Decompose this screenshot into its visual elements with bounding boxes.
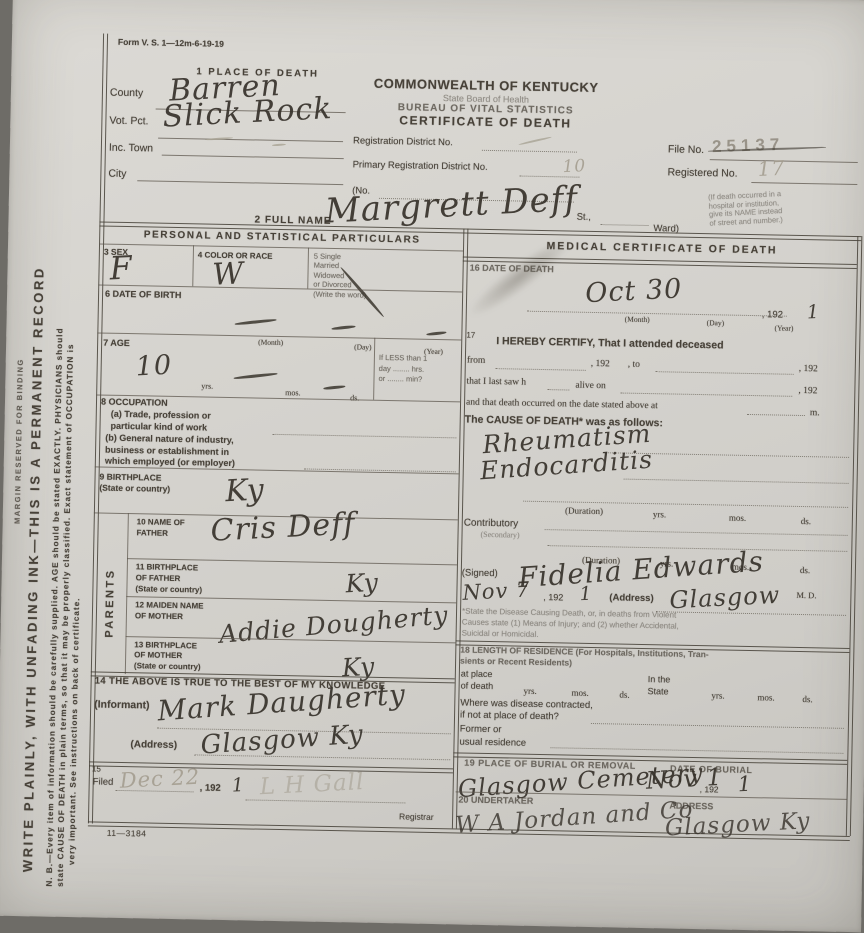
from-line — [496, 367, 586, 371]
dob-dash-day — [331, 325, 355, 330]
occupation-b-label: (b) General nature of industry, business… — [105, 433, 236, 471]
registrar-label: Registrar — [399, 812, 434, 822]
duration1-ds: ds. — [801, 516, 811, 527]
filed-date-value: Dec 22 — [119, 767, 200, 792]
m-label: m. — [810, 408, 820, 419]
father-name-label: 10 NAME OF FATHER — [136, 517, 184, 540]
informant-label: (Informant) — [94, 698, 150, 711]
registered-no-label: Registered No. — [667, 166, 737, 179]
registered-no-value: 17 — [757, 158, 785, 179]
city-line — [137, 180, 343, 185]
if-not-label: if not at place of death? — [460, 710, 559, 723]
former-residence-line — [550, 746, 843, 754]
death-occurred-line — [747, 413, 805, 416]
street-line — [601, 223, 649, 226]
dob-dash-month — [235, 318, 277, 325]
alive-on-label: alive on — [575, 381, 606, 393]
last-saw-label: that I last saw h — [466, 377, 526, 389]
date-of-death-line — [527, 310, 787, 317]
margin-write-plainly-note: WRITE PLAINLY, WITH UNFADING INK—THIS IS… — [20, 266, 47, 872]
residence-label: 18 LENGTH OF RESIDENCE (For Hospitals, I… — [460, 644, 709, 671]
parents-strip-divider — [125, 513, 129, 674]
marital-label: 5 Single Married Widowed or Divorced (Wr… — [313, 252, 367, 300]
secondary-caption: (Secondary) — [480, 530, 519, 540]
item-17: 17 — [466, 331, 475, 340]
inc-town-pencil-mark2 — [272, 143, 286, 146]
age-lessthan-divider — [373, 338, 375, 400]
ward-label: Ward) — [653, 224, 679, 235]
file-no-stamp: 25137 — [712, 135, 785, 157]
scanned-death-certificate: { "margin": { "binding": "MARGIN RESERVE… — [0, 0, 864, 933]
residence-mos2: mos. — [757, 692, 774, 703]
duration1-mos: mos. — [729, 513, 746, 524]
date-of-death-label: 16 DATE OF DEATH — [470, 263, 554, 275]
parents-vertical-label: PARENTS — [103, 568, 116, 637]
vot-pct-label: Vot. Pct. — [109, 115, 148, 128]
inc-town-label: Inc. Town — [109, 142, 153, 155]
dob-day-caption: (Day) — [354, 343, 372, 352]
dod-year-value: 1 — [806, 303, 820, 323]
sign-year-value: 1 — [579, 585, 593, 605]
item-15: 15 — [92, 764, 101, 773]
dod-year-caption: (Year) — [774, 324, 793, 333]
primary-registration-label: Primary Registration District No. — [352, 160, 487, 174]
occupation-a-line — [272, 433, 456, 439]
margin-binding-note: MARGIN RESERVED FOR BINDING — [13, 358, 25, 524]
residence-ds1: ds. — [619, 690, 629, 701]
less-than-day-note: If LESS than 1 day ........ hrs. or ....… — [378, 353, 427, 385]
registration-district-label: Registration District No. — [353, 136, 453, 149]
sex-race-divider — [192, 245, 194, 286]
duration-caption-1: (Duration) — [565, 505, 603, 516]
file-no-label: File No. — [668, 143, 704, 156]
in-state-label: In the State — [647, 674, 670, 698]
dod-month-caption: (Month) — [625, 316, 650, 325]
filed-year-value: 1 — [231, 776, 245, 796]
primary-registration-value: 10 — [562, 158, 586, 176]
dod-day-caption: (Day) — [707, 319, 725, 328]
occupation-a-label: (a) Trade, profession or particular kind… — [110, 409, 210, 434]
age-mos-caption: mos. — [285, 388, 301, 397]
md-label: M. D. — [796, 591, 816, 601]
to-year-print: , 192 — [799, 364, 818, 375]
last-saw-blank — [547, 388, 569, 390]
birthplace-label: 9 BIRTHPLACE (State or country) — [99, 472, 170, 496]
form-footer-number: 11—3184 — [107, 829, 147, 840]
sex-value: F — [109, 251, 134, 284]
dob-label: 6 DATE OF BIRTH — [105, 289, 182, 301]
registrar-signature: L H Gall — [259, 771, 365, 799]
cause-footnote: *State the Disease Causing Death, or, in… — [462, 607, 680, 644]
sign-year-print: , 192 — [543, 592, 563, 603]
registration-district-pencil — [518, 136, 552, 146]
birthplace-value: Ky — [225, 475, 266, 507]
dod-year-print: , 192 — [762, 310, 783, 321]
vot-pct-value: Slick Rock — [162, 94, 333, 133]
date-of-death-value: Oct 30 — [585, 275, 683, 307]
form-right-border — [846, 236, 863, 836]
mother-birthplace-label: 13 BIRTHPLACE OF MOTHER (State or countr… — [134, 640, 201, 672]
full-name-value: Margrett Deff — [324, 182, 579, 229]
at-place-label: at place of death — [461, 668, 494, 692]
contributory-line1 — [545, 528, 848, 536]
father-birthplace-value: Ky — [345, 570, 379, 597]
full-name-label: 2 FULL NAME — [254, 214, 331, 227]
age-label: 7 AGE — [103, 338, 130, 349]
street-label: St., — [577, 213, 591, 224]
father-name-value: Cris Deff — [210, 509, 356, 546]
where-contracted-line — [591, 722, 844, 729]
dob-month-caption: (Month) — [258, 339, 283, 348]
certificate-paper: MARGIN RESERVED FOR BINDING WRITE PLAINL… — [0, 0, 864, 932]
registrar-signature-line — [245, 798, 405, 803]
occupation-label: 8 OCCUPATION — [101, 397, 168, 409]
alive-year-print: , 192 — [798, 386, 817, 397]
sign-date-value: Nov 7 — [462, 579, 531, 603]
duration1-yrs: yrs. — [653, 509, 666, 520]
city-label: City — [108, 168, 126, 180]
to-line — [656, 370, 794, 375]
alive-on-line — [620, 392, 792, 397]
residence-ds2: ds. — [802, 694, 812, 705]
vot-pct-line — [158, 138, 343, 143]
age-yrs-caption: yrs. — [201, 381, 213, 390]
registration-district-line — [482, 149, 577, 153]
residence-mos1: mos. — [571, 688, 588, 699]
burial-year-value: 1 — [737, 774, 752, 796]
burial-year-print: , 192 — [700, 785, 719, 795]
contributory-label: Contributory — [464, 518, 519, 531]
former-residence-label: Former or usual residence — [459, 723, 526, 750]
hospital-note: (If death occurred in a hospital or inst… — [708, 190, 783, 228]
inc-town-line — [162, 155, 344, 159]
inc-town-pencil-mark — [205, 137, 233, 141]
dob-dash-year — [426, 331, 446, 336]
registered-no-line — [751, 182, 857, 185]
filed-year-print: , 192 — [199, 784, 220, 795]
duration2-ds: ds. — [800, 565, 810, 576]
race-marital-divider — [307, 247, 309, 288]
residence-yrs2: yrs. — [711, 690, 724, 701]
county-label: County — [110, 87, 144, 100]
death-occurred-label: and that death occurred on the date stat… — [466, 398, 658, 413]
informant-address-label: (Address) — [130, 739, 177, 751]
cause-line2-rule — [624, 478, 849, 484]
from-label: from — [467, 356, 486, 367]
sign-address-label: (Address) — [609, 593, 654, 605]
undertaker-label: 20 UNDERTAKER — [458, 794, 533, 806]
from-year-print: , 192 — [591, 359, 610, 370]
filed-label: Filed — [93, 777, 114, 788]
age-dash-mos — [234, 372, 278, 379]
mother-name-label: 12 MAIDEN NAME OF MOTHER — [135, 600, 204, 623]
form-number: Form V. S. 1—12m-6-19-19 — [118, 38, 224, 50]
age-dash-ds — [323, 385, 345, 390]
father-birthplace-label: 11 BIRTHPLACE OF FATHER (State or countr… — [135, 562, 202, 596]
certify-text: I HEREBY CERTIFY, That I attended deceas… — [496, 335, 724, 351]
medical-section-title: MEDICAL CERTIFICATE OF DEATH — [466, 239, 858, 259]
age-value: 10 — [135, 352, 173, 381]
age-ds-caption: ds. — [350, 393, 359, 402]
sign-address-value: Glasgow — [669, 583, 781, 613]
primary-registration-line — [519, 175, 579, 178]
to-label: , to — [628, 360, 640, 371]
residence-yrs1: yrs. — [523, 686, 536, 697]
